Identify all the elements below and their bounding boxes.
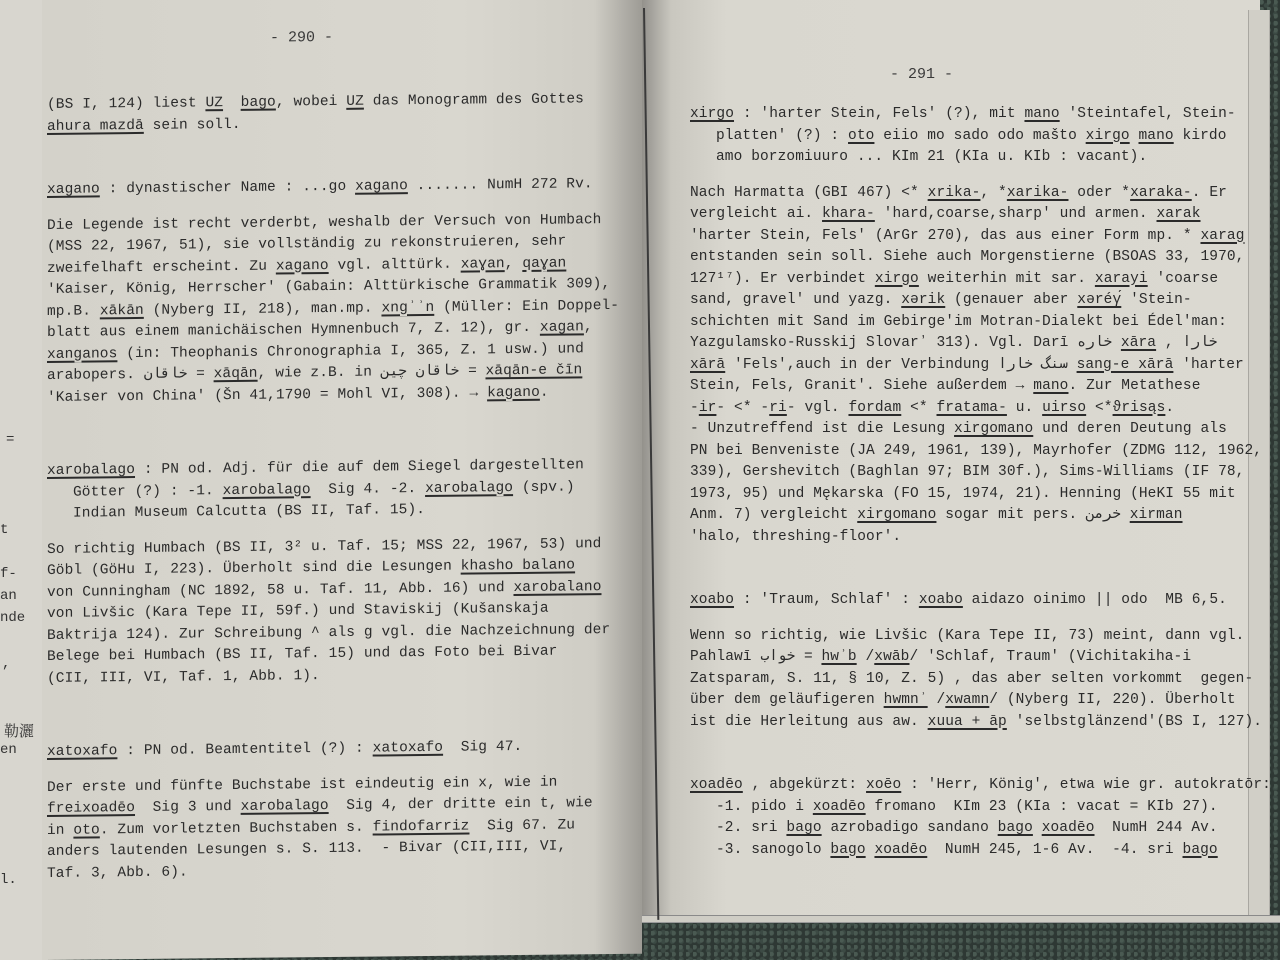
text-line: xagano : dynastischer Name : ...go xagan… xyxy=(47,174,619,201)
text-line: sand, gravel' und yazg. xərik (genauer a… xyxy=(690,290,1271,312)
text-line: xoabo : 'Traum, Schlaf' : xoabo aidazo o… xyxy=(690,590,1271,612)
left-page: - 290 - (BS I, 124) liest UZ bago, wobei… xyxy=(42,0,642,960)
text-line: -ir- <* -ri- vgl. fordam <* fratama- u. … xyxy=(690,398,1271,420)
text-line: - Unzutreffend ist die Lesung xirgomano … xyxy=(690,419,1271,441)
fragment: an xyxy=(0,588,17,604)
paragraph: xirgo : 'harter Stein, Fels' (?), mit ma… xyxy=(690,104,1271,169)
fragment: 勒灑 xyxy=(4,720,34,741)
text-line: 1973, 95) und Mękarska (FO 15, 1974, 21)… xyxy=(690,484,1271,506)
text-line: über dem geläufigeren hwmnʾ /xwamn/ (Nyb… xyxy=(690,690,1271,712)
text-line: Nach Harmatta (GBI 467) <* xrika-, *xari… xyxy=(690,183,1271,205)
text-line: 'harter Stein, Fels' (ArGr 270), das aus… xyxy=(690,226,1271,248)
text-line: Pahlawī خواب = hwʾb /xwāb/ 'Schlaf, Trau… xyxy=(690,647,1271,669)
paragraph: So richtig Humbach (BS II, 3² u. Taf. 15… xyxy=(47,533,619,689)
text-line: -3. sanogolo bago xoadēo NumH 245, 1-6 A… xyxy=(690,840,1271,862)
left-page-body: (BS I, 124) liest UZ bago, wobei UZ das … xyxy=(47,89,619,885)
text-line: 127¹⁷). Er verbindet xirgo weiterhin mit… xyxy=(690,269,1271,291)
paragraph: xatoxafo : PN od. Beamtentitel (?) : xat… xyxy=(47,736,619,763)
text-line: 339), Gershevitch (Baghlan 97; BIM 30f.)… xyxy=(690,462,1271,484)
text-line: ist die Herleitung aus aw. xuua + āp 'se… xyxy=(690,712,1271,734)
text-line: xirgo : 'harter Stein, Fels' (?), mit ma… xyxy=(690,104,1271,126)
fragment: t xyxy=(0,522,8,538)
paragraph: Nach Harmatta (GBI 467) <* xrika-, *xari… xyxy=(690,183,1271,549)
page-bottom-edge xyxy=(640,915,1280,923)
text-line: PN bei Benveniste (JA 249, 1961, 139), M… xyxy=(690,441,1271,463)
fragment: l. xyxy=(0,872,17,888)
paragraph: (BS I, 124) liest UZ bago, wobei UZ das … xyxy=(47,89,619,138)
right-page-body: xirgo : 'harter Stein, Fels' (?), mit ma… xyxy=(690,104,1271,861)
paragraph: xoabo : 'Traum, Schlaf' : xoabo aidazo o… xyxy=(690,590,1271,612)
fragment: nde xyxy=(0,610,25,626)
text-line: schichten mit Sand im Gebirge'im Motran-… xyxy=(690,312,1271,334)
text-line: 'halo, threshing-floor'. xyxy=(690,527,1271,549)
text-line: xārā 'Fels',auch in der Verbindung سنگ خ… xyxy=(690,355,1271,377)
text-line: xoadēo , abgekürzt: xoēo : 'Herr, König'… xyxy=(690,775,1271,797)
text-line: Zatsparam, S. 11, § 10, Z. 5) , das aber… xyxy=(690,669,1271,691)
fragment: f- xyxy=(0,566,17,582)
paragraph: Die Legende ist recht verderbt, weshalb … xyxy=(47,209,619,408)
paragraph: xagano : dynastischer Name : ...go xagan… xyxy=(47,174,619,201)
text-line: Anm. 7) vergleicht xirgomano sogar mit p… xyxy=(690,505,1271,527)
paragraph: Wenn so richtig, wie Livšic (Kara Tepe I… xyxy=(690,626,1271,734)
text-line: Yazgulamsko-Russkij Slovarʼ 313). Vgl. D… xyxy=(690,333,1271,355)
fragment: en xyxy=(0,742,17,758)
fragment: = xyxy=(6,432,14,448)
previous-page-edge: = t f- an nde , 勒灑 en l. xyxy=(0,0,48,960)
text-line: amo borzomiuuro ... KIm 21 (KIa u. KIb :… xyxy=(690,147,1271,169)
text-line: Wenn so richtig, wie Livšic (Kara Tepe I… xyxy=(690,626,1271,648)
page-number: - 291 - xyxy=(890,66,953,83)
text-line: vergleicht ai. khara- 'hard,coarse,sharp… xyxy=(690,204,1271,226)
text-line: -1. pido i xoadēo fromano KIm 23 (KIa : … xyxy=(690,797,1271,819)
fragment: , xyxy=(2,656,10,672)
text-line: platten' (?) : oto eiio mo sado odo mašt… xyxy=(690,126,1271,148)
page-number: - 290 - xyxy=(270,29,333,47)
text-line: entstanden sein soll. Siehe auch Morgens… xyxy=(690,247,1271,269)
text-line: Stein, Fels, Granit'. Siehe außerdem → m… xyxy=(690,376,1271,398)
paragraph: Der erste und fünfte Buchstabe ist einde… xyxy=(47,771,619,884)
text-line: Indian Museum Calcutta (BS II, Taf. 15). xyxy=(47,498,619,525)
text-line: -2. sri bago azrobadigo sandano bago xoa… xyxy=(690,818,1271,840)
paragraph: xoadēo , abgekürzt: xoēo : 'Herr, König'… xyxy=(690,775,1271,861)
text-line: xatoxafo : PN od. Beamtentitel (?) : xat… xyxy=(47,736,619,763)
paragraph: xarobalago : PN od. Adj. für die auf dem… xyxy=(47,455,619,525)
